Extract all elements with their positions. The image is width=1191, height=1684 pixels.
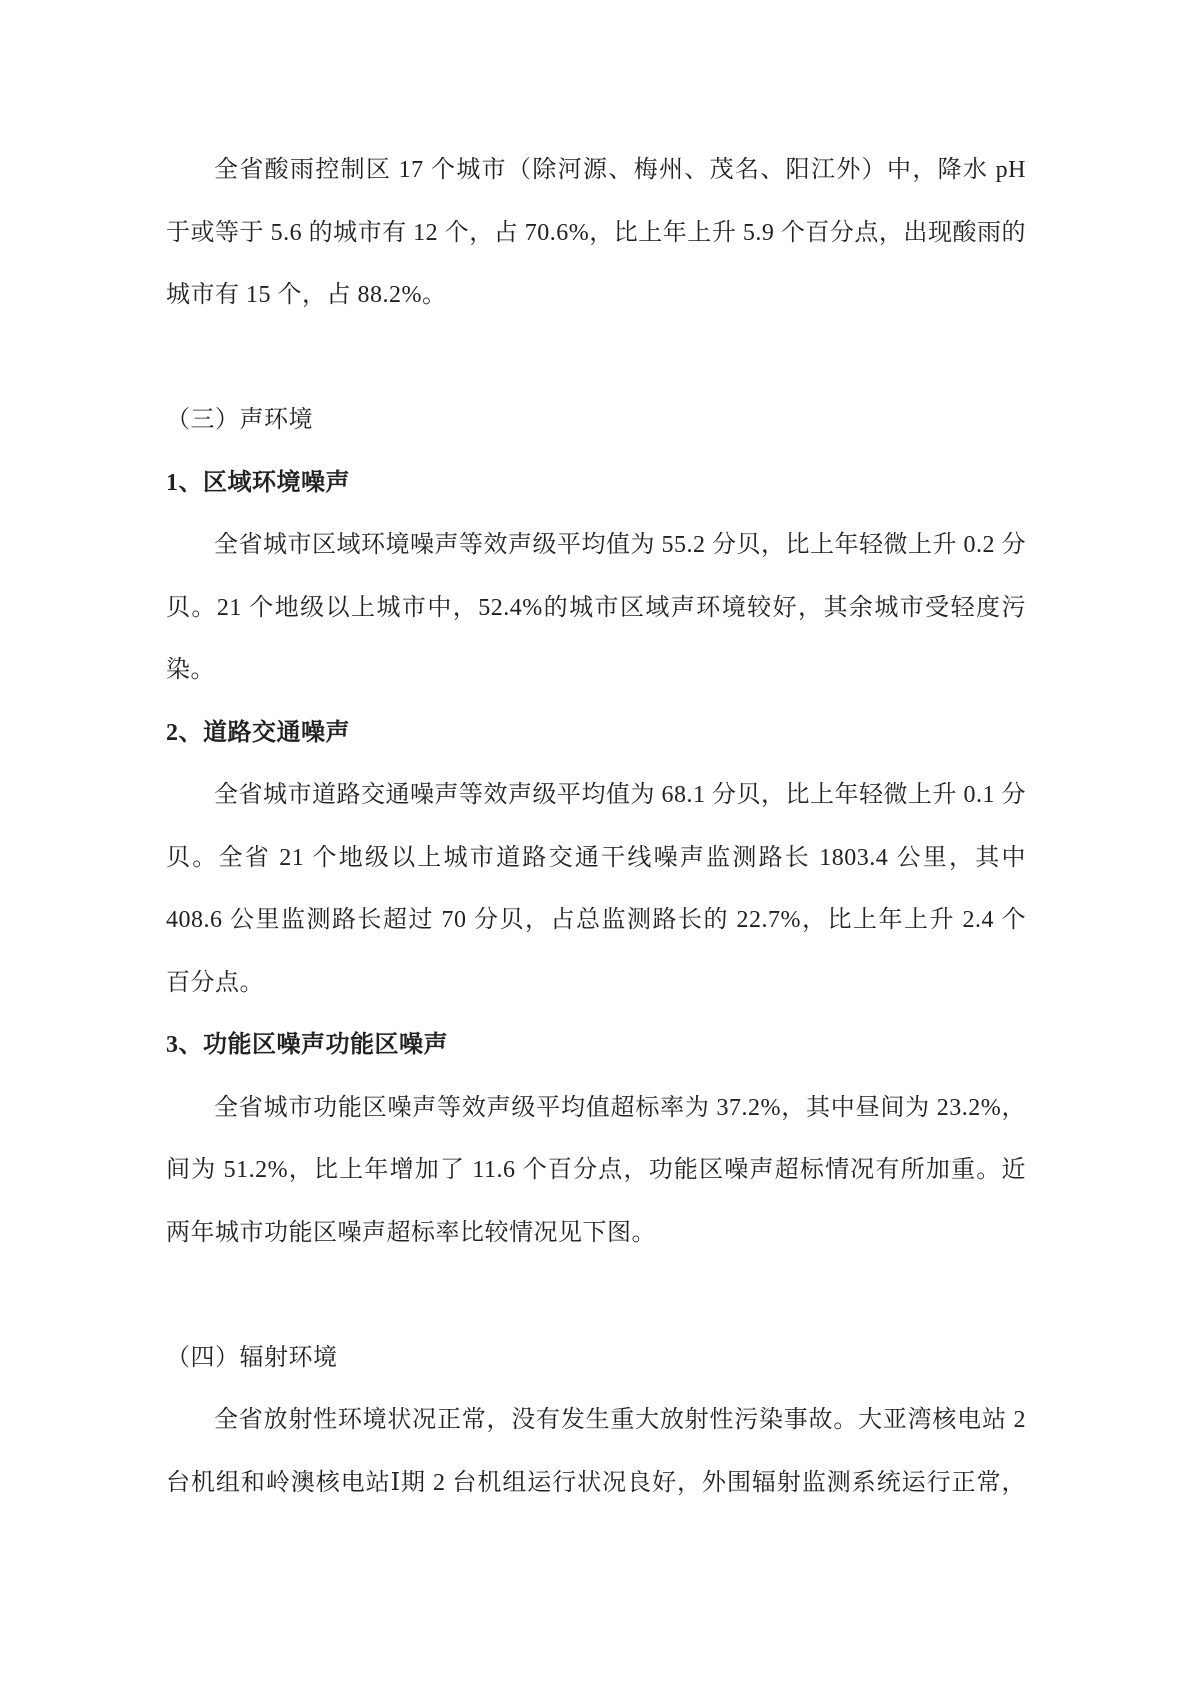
paragraph-acid-rain-line: 全省酸雨控制区 17 个城市（除河源、梅州、茂名、阳江外）中，降水 pH 值小: [166, 139, 1026, 202]
paragraph-regional-noise-line: 染。: [166, 639, 1026, 702]
heading-functional-zone-noise: 3、功能区噪声功能区噪声: [166, 1014, 1026, 1077]
blank-line: [166, 1264, 1026, 1327]
paragraph-functional-zone-noise-line: 全省城市功能区噪声等效声级平均值超标率为 37.2%，其中昼间为 23.2%，夜: [166, 1077, 1026, 1140]
paragraph-regional-noise-line: 贝。21 个地级以上城市中，52.4%的城市区域声环境较好，其余城市受轻度污: [166, 577, 1026, 640]
blank-line: [166, 327, 1026, 390]
paragraph-radiation-line: 全省放射性环境状况正常，没有发生重大放射性污染事故。大亚湾核电站 2: [166, 1389, 1026, 1452]
heading-traffic-noise: 2、道路交通噪声: [166, 702, 1026, 765]
paragraph-traffic-noise: 全省城市道路交通噪声等效声级平均值为 68.1 分贝，比上年轻微上升 0.1 分…: [166, 764, 1026, 1014]
paragraph-functional-zone-noise: 全省城市功能区噪声等效声级平均值超标率为 37.2%，其中昼间为 23.2%，夜…: [166, 1077, 1026, 1265]
document-page: 全省酸雨控制区 17 个城市（除河源、梅州、茂名、阳江外）中，降水 pH 值小 …: [0, 0, 1191, 1684]
section-heading-radiation-environment: （四）辐射环境: [166, 1327, 1026, 1390]
paragraph-acid-rain-line: 于或等于 5.6 的城市有 12 个，占 70.6%，比上年上升 5.9 个百分…: [166, 202, 1026, 265]
paragraph-radiation: 全省放射性环境状况正常，没有发生重大放射性污染事故。大亚湾核电站 2 台机组和岭…: [166, 1389, 1026, 1514]
section-heading-sound-environment: （三）声环境: [166, 389, 1026, 452]
paragraph-acid-rain: 全省酸雨控制区 17 个城市（除河源、梅州、茂名、阳江外）中，降水 pH 值小 …: [166, 139, 1026, 327]
paragraph-functional-zone-noise-line: 间为 51.2%，比上年增加了 11.6 个百分点，功能区噪声超标情况有所加重。…: [166, 1139, 1026, 1202]
paragraph-regional-noise: 全省城市区域环境噪声等效声级平均值为 55.2 分贝，比上年轻微上升 0.2 分…: [166, 514, 1026, 702]
paragraph-traffic-noise-line: 408.6 公里监测路长超过 70 分贝，占总监测路长的 22.7%，比上年上升…: [166, 889, 1026, 952]
heading-regional-noise: 1、区域环境噪声: [166, 452, 1026, 515]
paragraph-functional-zone-noise-line: 两年城市功能区噪声超标率比较情况见下图。: [166, 1202, 1026, 1265]
paragraph-radiation-line: 台机组和岭澳核电站Ⅰ期 2 台机组运行状况良好，外围辐射监测系统运行正常，: [166, 1452, 1026, 1515]
paragraph-traffic-noise-line: 百分点。: [166, 952, 1026, 1015]
paragraph-regional-noise-line: 全省城市区域环境噪声等效声级平均值为 55.2 分贝，比上年轻微上升 0.2 分: [166, 514, 1026, 577]
paragraph-traffic-noise-line: 全省城市道路交通噪声等效声级平均值为 68.1 分贝，比上年轻微上升 0.1 分: [166, 764, 1026, 827]
paragraph-traffic-noise-line: 贝。全省 21 个地级以上城市道路交通干线噪声监测路长 1803.4 公里，其中: [166, 827, 1026, 890]
paragraph-acid-rain-line: 城市有 15 个，占 88.2%。: [166, 264, 1026, 327]
